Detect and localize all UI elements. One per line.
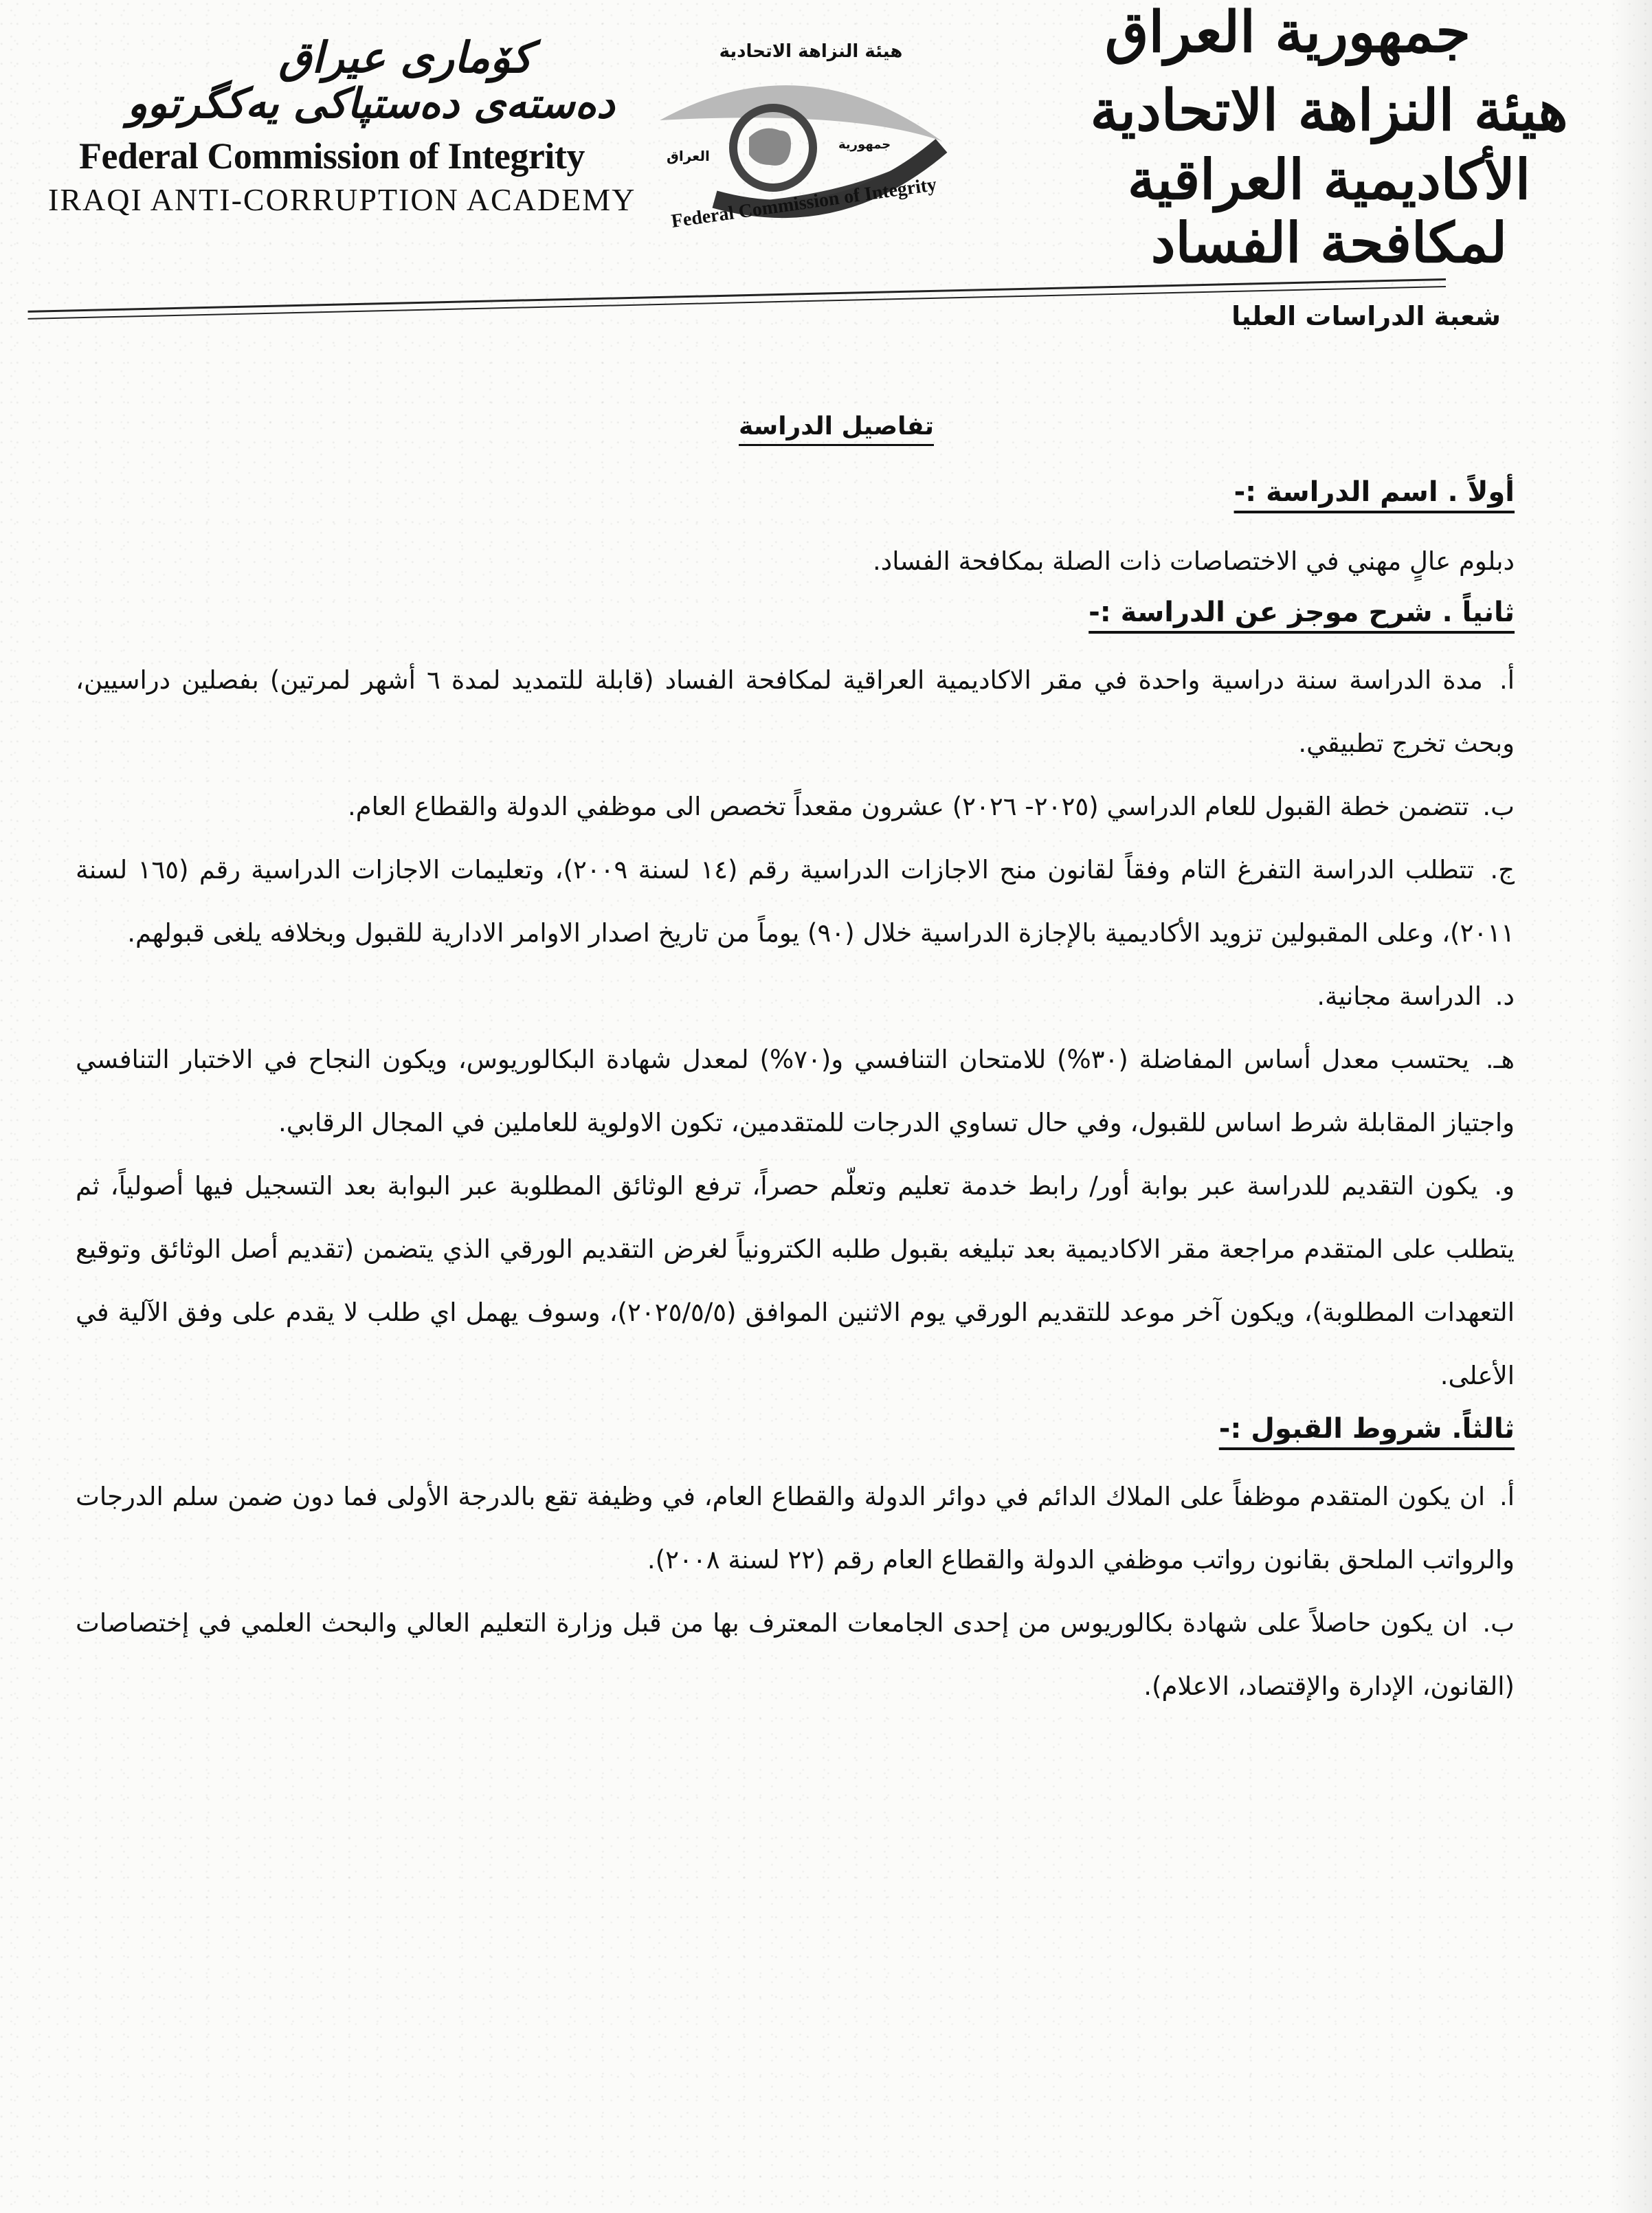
summary-item: أ. مدة الدراسة سنة دراسية واحدة في مقر ا… — [76, 649, 1515, 775]
section-heading-study-name: أولاً . اسم الدراسة :- — [76, 476, 1515, 508]
item-label: هـ. — [1486, 1045, 1515, 1074]
section-heading-admission-conditions: ثالثاً. شروط القبول :- — [76, 1413, 1515, 1445]
kurdish-country-name: کۆماری عیراق — [172, 34, 639, 81]
study-name-text: دبلوم عالٍ مهني في الاختصاصات ذات الصلة … — [76, 529, 1515, 594]
letterhead-left: کۆماری عیراق دەستەی دەستپاکی یەکگرتوو Fe… — [48, 34, 639, 218]
summary-item: د. الدراسة مجانية. — [76, 965, 1515, 1028]
item-text: تتضمن خطة القبول للعام الدراسي (٢٠٢٥- ٢٠… — [348, 792, 1469, 821]
logo-arabic-title: هيئة النزاهة الاتحادية — [708, 41, 914, 62]
item-label: أ. — [1499, 1482, 1515, 1511]
english-commission-name: Federal Commission of Integrity — [48, 135, 639, 177]
document-page: کۆماری عیراق دەستەی دەستپاکی یەکگرتوو Fe… — [0, 0, 1652, 2213]
condition-item: ب. ان يكون حاصلاً على شهادة بكالوريوس من… — [76, 1592, 1515, 1718]
item-text: مدة الدراسة سنة دراسية واحدة في مقر الاك… — [76, 665, 1515, 758]
item-label: ب. — [1482, 1608, 1515, 1638]
item-text: يكون التقديم للدراسة عبر بوابة أور/ رابط… — [76, 1171, 1515, 1390]
condition-item: أ. ان يكون المتقدم موظفاً على الملاك الد… — [76, 1465, 1515, 1592]
item-text: ان يكون المتقدم موظفاً على الملاك الدائم… — [76, 1482, 1515, 1575]
summary-item: ج. تتطلب الدراسة التفرغ التام وفقاً لقان… — [76, 838, 1515, 965]
summary-item: ب. تتضمن خطة القبول للعام الدراسي (٢٠٢٥-… — [76, 775, 1515, 838]
item-text: يحتسب معدل أساس المفاضلة (٣٠%) للامتحان … — [76, 1045, 1515, 1137]
item-label: و. — [1494, 1171, 1515, 1201]
item-text: ان يكون حاصلاً على شهادة بكالوريوس من إح… — [76, 1608, 1515, 1701]
summary-item: و. يكون التقديم للدراسة عبر بوابة أور/ ر… — [76, 1155, 1515, 1408]
logo-arabic-iraq: العراق — [667, 148, 710, 164]
commission-logo: هيئة النزاهة الاتحادية العراق جمهورية Fe… — [646, 27, 962, 234]
logo-arabic-republic: جمهورية — [838, 137, 891, 152]
section-heading-summary: ثانياً . شرح موجز عن الدراسة :- — [76, 597, 1515, 628]
arabic-commission-name: هيئة النزاهة الاتحادية — [1047, 78, 1611, 143]
document-title: تفاصيل الدراسة — [158, 412, 1515, 441]
department-name: شعبة الدراسات العليا — [1231, 301, 1501, 331]
item-label: أ. — [1499, 665, 1515, 695]
item-label: د. — [1495, 981, 1515, 1011]
item-label: ج. — [1490, 855, 1515, 885]
document-body: تفاصيل الدراسة أولاً . اسم الدراسة :- دب… — [76, 412, 1515, 1718]
english-academy-name: IRAQI ANTI-CORRUPTION ACADEMY — [48, 181, 639, 218]
kurdish-commission-name: دەستەی دەستپاکی یەکگرتوو — [103, 81, 639, 126]
item-text: الدراسة مجانية. — [1317, 981, 1482, 1011]
item-label: ب. — [1482, 792, 1515, 821]
page-edge-shadow — [1611, 0, 1652, 2213]
item-text: تتطلب الدراسة التفرغ التام وفقاً لقانون … — [76, 855, 1515, 948]
letterhead-right: جمهورية العراق هيئة النزاهة الاتحادية ال… — [1047, 0, 1611, 274]
arabic-country-name: جمهورية العراق — [1047, 0, 1528, 65]
arabic-academy-name: الأكاديمية العراقية لمكافحة الفساد — [1047, 148, 1611, 274]
summary-item: هـ. يحتسب معدل أساس المفاضلة (٣٠%) للامت… — [76, 1028, 1515, 1155]
